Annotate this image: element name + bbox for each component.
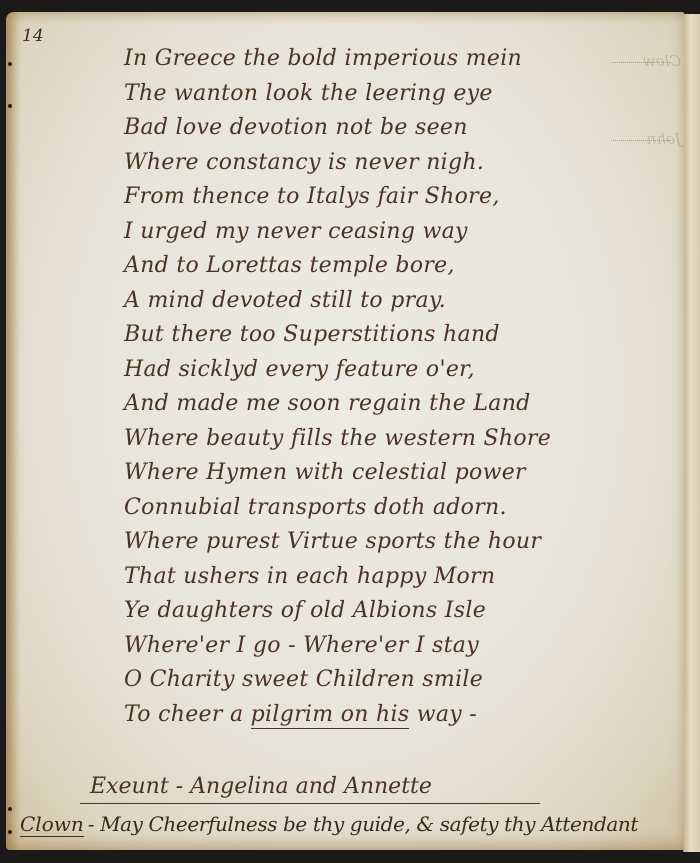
bleed-line <box>591 82 681 120</box>
page-edge-stack <box>683 14 700 852</box>
verse-line: Where Hymen with celestial power <box>124 456 604 491</box>
binding-hole <box>8 104 12 108</box>
binding-hole <box>8 807 12 811</box>
verse-final-after: way - <box>409 702 477 727</box>
bleed-through-text: Clow John <box>591 42 681 160</box>
verse-line: The wanton look the leering eye <box>124 77 604 112</box>
scan-frame: 14 Clow John In Greece the bold imperiou… <box>0 0 700 863</box>
binding-hole <box>8 62 12 66</box>
verse-line: Had sicklyd every feature o'er, <box>124 353 604 388</box>
speech-line: Clown- May Cheerfulness be thy guide, & … <box>20 812 684 836</box>
verse-line: Where'er I go - Where'er I stay <box>124 629 604 664</box>
bleed-line: Clow <box>591 42 681 80</box>
verse-block: In Greece the bold imperious mein The wa… <box>124 42 604 732</box>
verse-line: Where purest Virtue sports the hour <box>124 525 604 560</box>
manuscript-page: 14 Clow John In Greece the bold imperiou… <box>6 12 684 850</box>
verse-line: That ushers in each happy Morn <box>124 560 604 595</box>
verse-line: Ye daughters of old Albions Isle <box>124 594 604 629</box>
verse-line: Bad love devotion not be seen <box>124 111 604 146</box>
verse-final-before: To cheer a <box>124 702 251 727</box>
verse-line: I urged my never ceasing way <box>124 215 604 250</box>
verse-line: Connubial transports doth adorn. <box>124 491 604 526</box>
verse-line: And to Lorettas temple bore, <box>124 249 604 284</box>
stage-direction: Exeunt - Angelina and Annette <box>80 774 540 804</box>
binding-hole <box>8 830 12 834</box>
speaker-name: Clown <box>20 812 84 837</box>
verse-line: Where beauty fills the western Shore <box>124 422 604 457</box>
verse-line: In Greece the bold imperious mein <box>124 42 604 77</box>
verse-line: Where constancy is never nigh. <box>124 146 604 181</box>
binding-holes <box>8 12 14 850</box>
verse-line: O Charity sweet Children smile <box>124 663 604 698</box>
verse-line: From thence to Italys fair Shore, <box>124 180 604 215</box>
verse-line: A mind devoted still to pray. <box>124 284 604 319</box>
verse-line-final: To cheer a pilgrim on his way - <box>124 698 604 733</box>
verse-line: And made me soon regain the Land <box>124 387 604 422</box>
speech-text: - May Cheerfulness be thy guide, & safet… <box>88 812 638 836</box>
page-number: 14 <box>22 26 44 46</box>
verse-final-underlined: pilgrim on his <box>251 702 410 729</box>
bleed-line: John <box>591 120 681 158</box>
verse-line: But there too Superstitions hand <box>124 318 604 353</box>
